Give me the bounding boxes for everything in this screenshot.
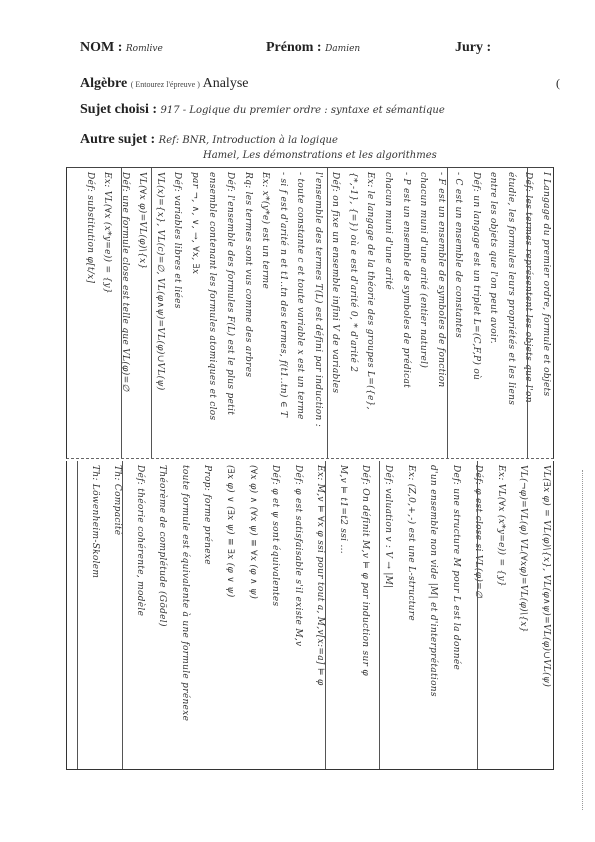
- handwritten-line: Déf: φ et ψ sont équivalentes: [270, 465, 280, 606]
- handwritten-line: VL(∀x φ)=VL(φ)\{x}: [137, 172, 147, 269]
- algebre-label: Algèbre: [80, 76, 127, 91]
- handwritten-line: {*,-1}, {=}) où e est d'arité 0, * d'ari…: [348, 172, 358, 372]
- prenom-value: Damien: [325, 44, 360, 54]
- jury-label: Jury :: [455, 40, 491, 55]
- handwritten-line: chacun muni d'une arité: [383, 172, 393, 290]
- column-divider: [151, 168, 152, 458]
- margin-mark: (: [556, 76, 560, 91]
- autre-value-1: Ref: BNR, Introduction à la logique: [159, 135, 338, 146]
- column-divider: [327, 168, 328, 458]
- handwritten-line: Déf: on fixe un ensemble infini V de var…: [330, 172, 340, 393]
- handwritten-line: Déf: φ est satisfaisable s'il existe M,v: [293, 465, 303, 646]
- scan-margin-artifact: [582, 470, 585, 810]
- column-divider: [477, 461, 478, 769]
- handwritten-line: ensemble contenant les formules atomique…: [207, 172, 217, 420]
- handwritten-line: - F est un ensemble de symboles de fonct…: [436, 172, 446, 388]
- handwritten-line: entre les objets que l'on peut avoir.: [488, 172, 498, 344]
- column-divider: [122, 461, 123, 769]
- handwritten-line: chacun muni d'une arité (entier naturel): [418, 172, 428, 368]
- column-divider: [379, 461, 380, 769]
- sujet-field: Sujet choisi : 917 - Logique du premier …: [80, 102, 445, 118]
- handwritten-line: Ex: VL(∀x (x*y=e)) = {y}: [102, 172, 112, 294]
- column-divider: [325, 461, 326, 769]
- handwritten-line: Ex: M,v ⊨ ∀x φ ssi pour tout a, M,v[x:=a…: [315, 465, 325, 686]
- handwritten-line: Ex: le langage de la théorie des groupes…: [365, 172, 375, 410]
- jury-field: Jury :: [455, 40, 491, 56]
- column-divider: [447, 168, 448, 458]
- handwritten-line: Déf: On définit M,v ⊨ φ par induction su…: [360, 465, 370, 676]
- autre-value-2: Hamel, Les démonstrations et les algorit…: [203, 150, 437, 161]
- nom-field: NOM : Romlive: [80, 40, 163, 56]
- autre-label: Autre sujet :: [80, 132, 155, 147]
- handwritten-line: Déf: variables libres et liées: [172, 172, 182, 309]
- handwritten-line: Th: Löwenheim-Skolem: [90, 465, 100, 578]
- column-divider: [121, 168, 122, 458]
- handwritten-line: Ex: x*(y*e) est un terme: [260, 172, 270, 289]
- handwritten-line: VL(x)={x}, VL(c)=∅, VL(φ∧ψ)=VL(φ)∪VL(ψ): [155, 172, 165, 391]
- epreuve-choice: Algèbre ( Entourez l'épreuve ) Analyse: [80, 76, 249, 92]
- handwritten-line: l'ensemble des termes T(L) est défini pa…: [313, 172, 323, 427]
- handwritten-line: Théorème de complétude (Gödel): [157, 465, 167, 627]
- prenom-label: Prénom :: [266, 40, 322, 55]
- handwritten-line: Rq: les termes sont vus comme des arbres: [243, 172, 253, 377]
- handwritten-line: VL(¬φ)=VL(φ) VL(∀xφ)=VL(φ)\{x}: [518, 465, 528, 633]
- handwritten-line: - P est un ensemble de symboles de prédi…: [401, 172, 411, 388]
- handwritten-line: Déf: théorie cohérente, modèle: [135, 465, 145, 616]
- handwritten-line: - C est un ensemble de constantes: [453, 172, 463, 338]
- handwritten-line: Th: Compacité: [112, 465, 122, 535]
- autre-sujet-field: Autre sujet : Ref: BNR, Introduction à l…: [80, 132, 338, 148]
- epreuve-instruction: ( Entourez l'épreuve ): [131, 80, 200, 89]
- handwritten-line: (∃x φ) ∨ (∃x ψ) ≡ ∃x (φ ∨ ψ): [225, 465, 235, 598]
- plan-band-top: I Langage du premier ordre, formule et o…: [66, 167, 554, 459]
- handwritten-line: Déf: un langage est un triplet L=(C,F,P)…: [471, 172, 481, 380]
- sujet-label: Sujet choisi :: [80, 102, 157, 117]
- handwritten-line: Déf: φ est close si VL(φ)=∅: [473, 465, 483, 598]
- sujet-value: 917 - Logique du premier ordre : syntaxe…: [161, 105, 445, 116]
- handwritten-line: Ex: (Z,0,+,-) est une L-structure: [406, 465, 416, 621]
- handwritten-line: Déf: les termes représentent les objets …: [523, 172, 533, 403]
- column-divider: [527, 168, 528, 458]
- handwritten-line: Déf: l'ensemble des formules F(L) est le…: [225, 172, 235, 415]
- handwritten-line: M,v ⊨ t1=t2 ssi ...: [338, 465, 348, 554]
- analyse-label: Analyse: [203, 76, 249, 91]
- handwritten-line: d'un ensemble non vide |M| et d'interpré…: [428, 465, 438, 697]
- prenom-field: Prénom : Damien: [266, 40, 360, 56]
- handwritten-line: Ex: VL(∀x (x*y=e)) = {y}: [496, 465, 506, 587]
- handwritten-line: (∀x φ) ∧ (∀x ψ) ≡ ∀x (φ ∧ ψ): [248, 465, 258, 599]
- nom-value: Romlive: [126, 44, 163, 54]
- handwritten-line: Déf: substitution φ[t/x]: [85, 172, 95, 283]
- plan-band-bottom: VL(∃x φ) = VL(φ)\{x}, VL(φ∧ψ)=VL(φ)∪VL(ψ…: [66, 461, 554, 770]
- handwritten-line: étudie, les formules leurs propriétés et…: [506, 172, 516, 405]
- handwritten-line: VL(∃x φ) = VL(φ)\{x}, VL(φ∧ψ)=VL(φ)∪VL(ψ…: [541, 465, 551, 687]
- handwritten-line: toute formule est équivalente à une form…: [180, 465, 190, 721]
- handwritten-line: par ¬, ∧, ∨, →, ∀x, ∃x: [190, 172, 200, 274]
- handwritten-line: Def: une structure M pour L est la donné…: [451, 465, 461, 670]
- handwritten-line: I Langage du premier ordre, formule et o…: [541, 172, 551, 396]
- handwritten-line: - si f est d'arité n et t1..tn des terme…: [278, 172, 288, 417]
- handwritten-line: Prop: forme prénexe: [202, 465, 212, 565]
- handwritten-line: - toute constante c et toute variable x …: [295, 172, 305, 420]
- column-divider: [77, 461, 78, 769]
- nom-label: NOM :: [80, 40, 122, 55]
- handwritten-line: Déf: valuation v : V → |M|: [383, 465, 393, 589]
